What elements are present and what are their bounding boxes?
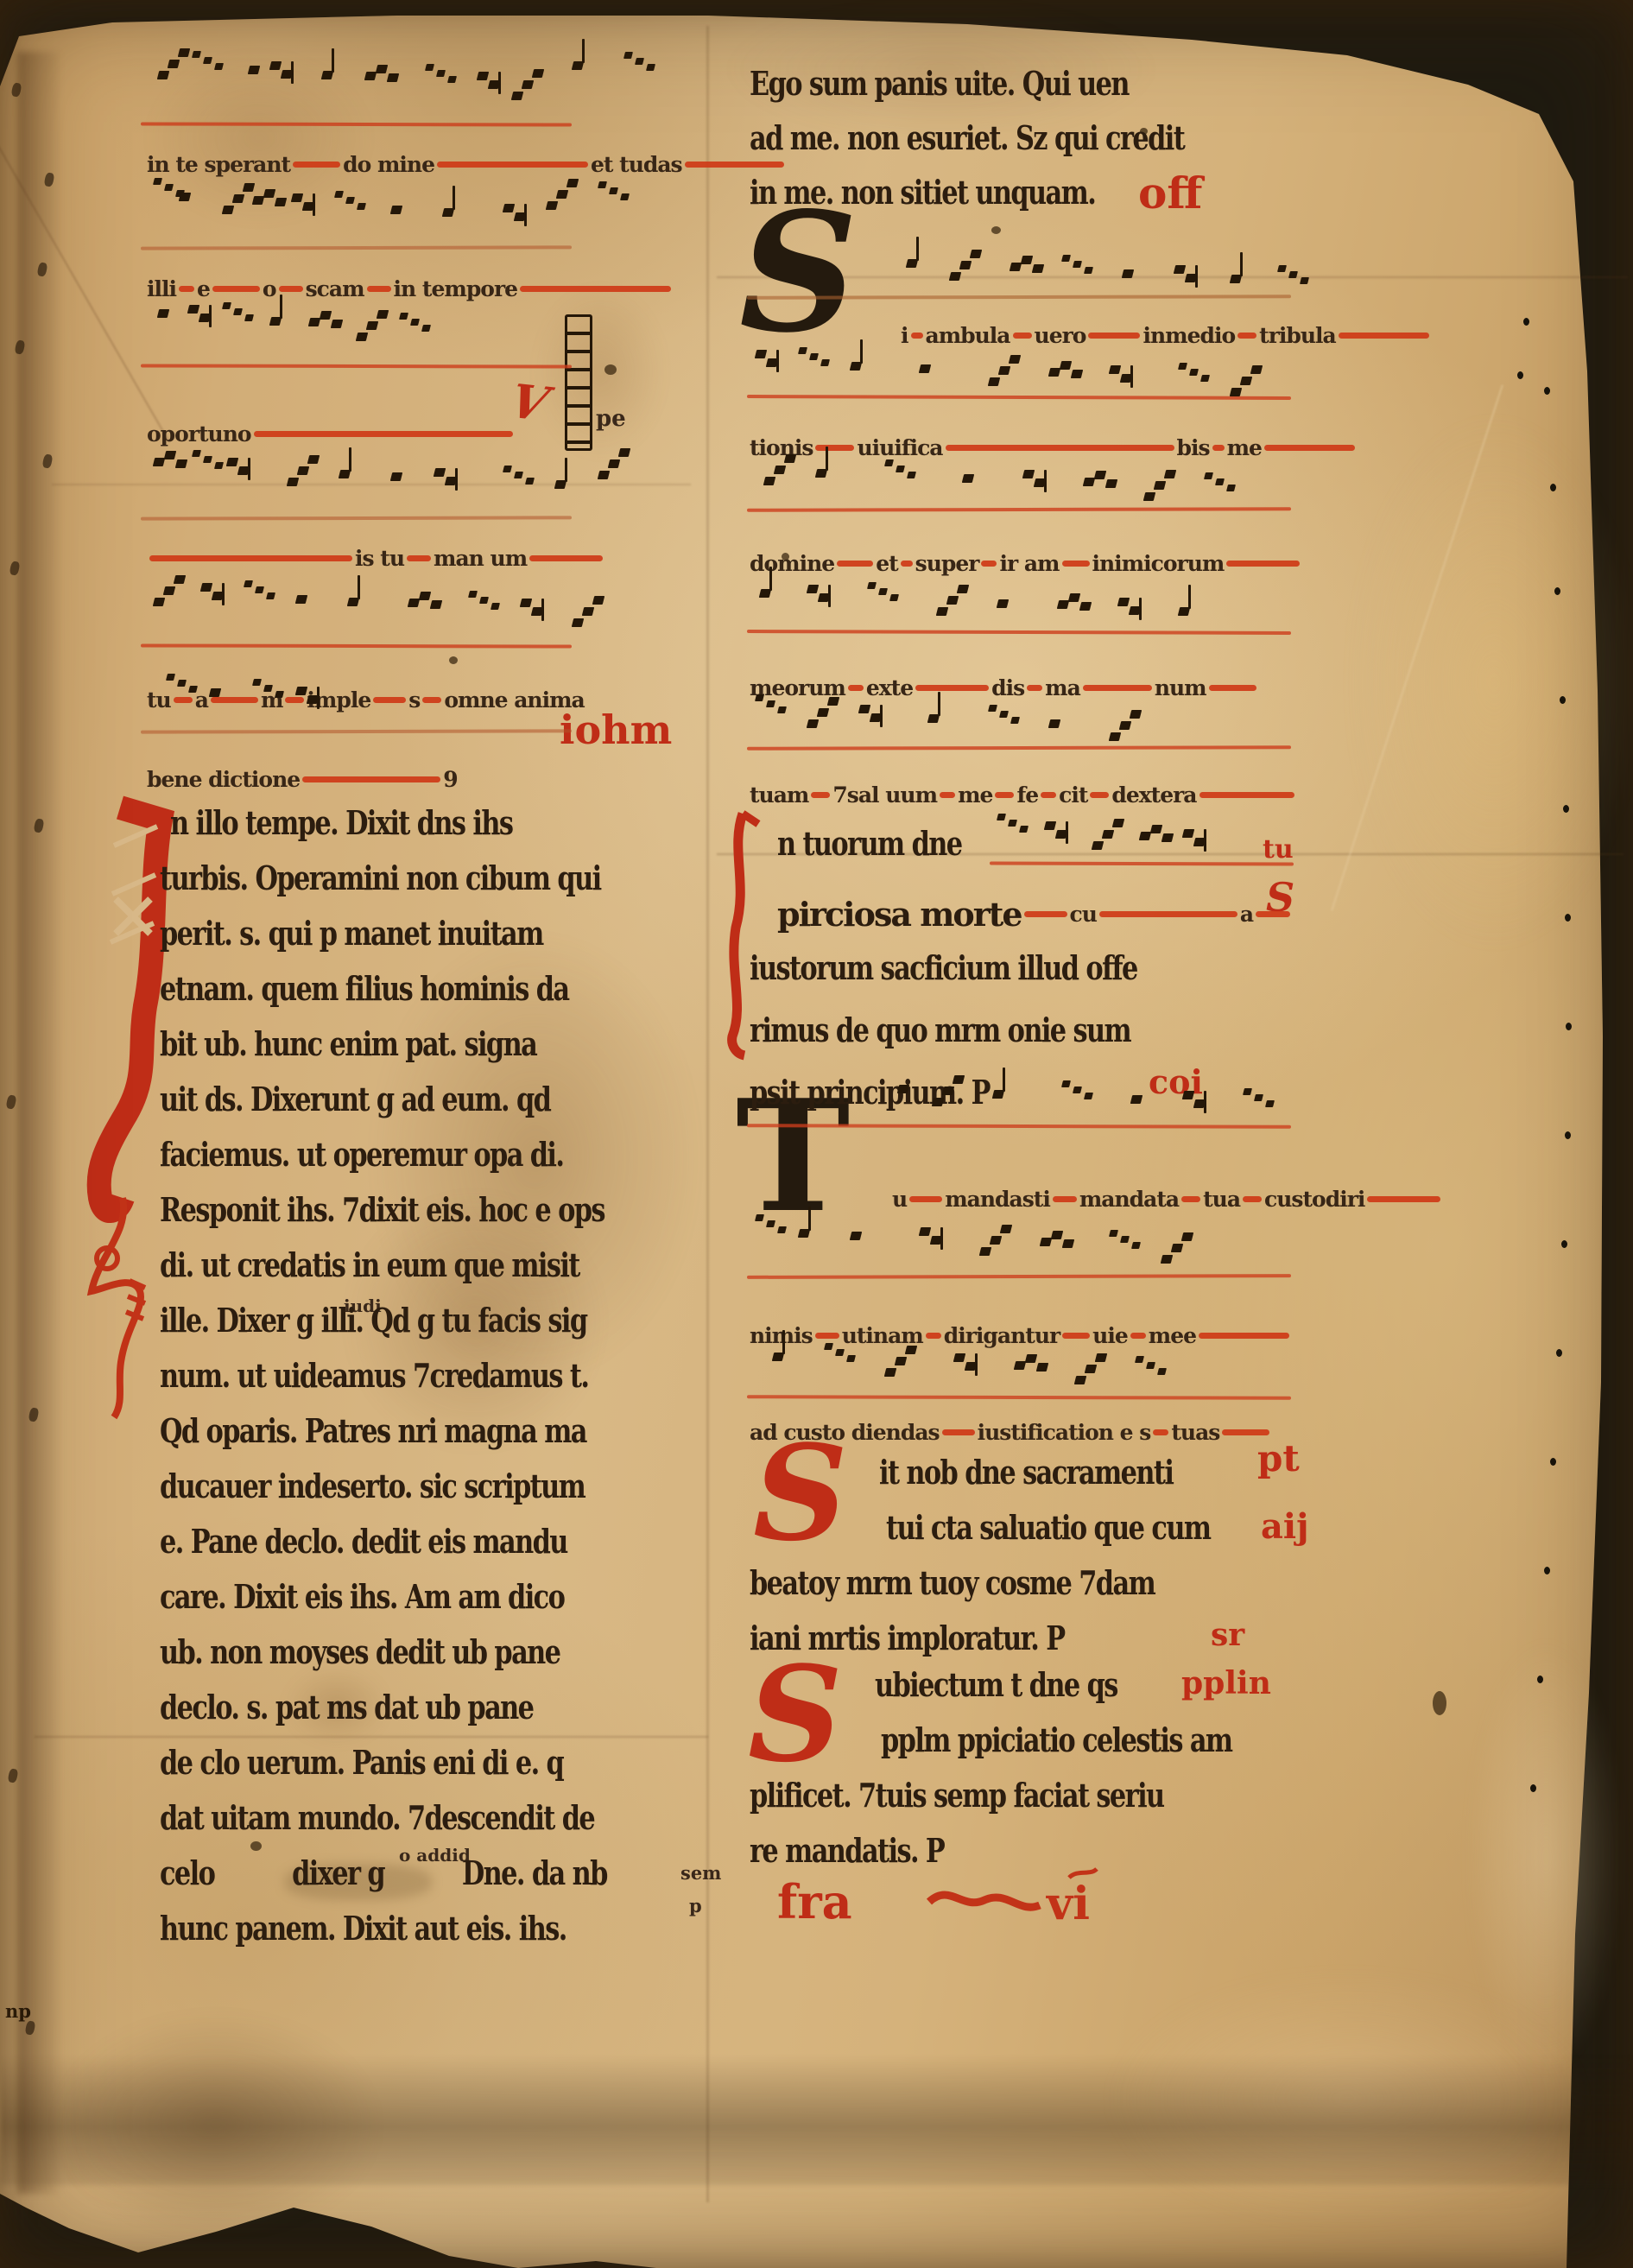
neume-cluster — [799, 1217, 833, 1251]
ink-spot — [250, 1841, 262, 1851]
neume-note — [988, 705, 997, 712]
pricking-hole — [1537, 1676, 1543, 1683]
neume-stem — [349, 447, 351, 472]
gospel-line: de clo uerum. Panis eni di e. q — [160, 1743, 563, 1782]
neume-stem — [828, 585, 831, 607]
neume-note — [919, 364, 931, 373]
red-extender-line — [815, 1333, 839, 1339]
neume-cluster — [1023, 465, 1058, 499]
neume-cluster — [357, 310, 391, 345]
neume-note — [1200, 375, 1210, 382]
neume-note — [1117, 598, 1130, 606]
neume-cluster — [1110, 710, 1144, 744]
neume-stem — [1139, 598, 1142, 620]
neume-cluster — [885, 1346, 920, 1380]
neume-note — [1182, 1091, 1194, 1099]
neume-cluster — [426, 64, 460, 98]
neume-note — [936, 607, 948, 616]
neume-stem — [826, 447, 828, 471]
pricking-hole — [1550, 1458, 1556, 1466]
red-extender-line — [915, 685, 989, 691]
neume-note — [1130, 1095, 1142, 1104]
gospel-line: ducauer indeserto. sic scriptum — [160, 1467, 585, 1505]
fold-shadow — [0, 2056, 1633, 2185]
ink-spot — [604, 364, 617, 375]
neume-note — [897, 1085, 909, 1093]
neume-cluster — [598, 181, 633, 216]
neume-note — [164, 184, 174, 191]
neume-note — [331, 320, 343, 328]
neume-note — [164, 451, 176, 459]
neume-note — [990, 1236, 1002, 1245]
neume-stem — [860, 339, 863, 364]
neume-note — [357, 203, 366, 210]
neume-note — [1009, 355, 1021, 364]
neume-note — [1073, 1086, 1082, 1093]
neume-note — [1071, 370, 1083, 378]
neume-cluster — [851, 1220, 885, 1254]
postcommunion-line: beatoy mrm tuoy cosme 7dam — [750, 1563, 1155, 1602]
neume-note — [1215, 478, 1225, 485]
lyric-token: me — [1227, 435, 1262, 460]
neume-note — [1250, 365, 1263, 374]
pricking-hole — [1554, 587, 1560, 595]
red-extender-line — [1053, 1196, 1077, 1202]
neume-note — [222, 206, 234, 214]
neume-note — [777, 706, 787, 713]
neume-note — [153, 598, 165, 606]
neume-cluster — [807, 580, 842, 614]
neume-cluster — [950, 250, 984, 284]
lyric-token: dextera — [1111, 782, 1196, 808]
lyric-token: cu — [1070, 902, 1097, 927]
chant-lyric-line: in te sperantdo mineet tudas — [147, 149, 787, 179]
neume-note — [468, 591, 478, 598]
neume-note — [187, 305, 199, 314]
neume-note — [979, 1247, 991, 1256]
neume-stem — [209, 305, 212, 327]
neume-note — [809, 353, 819, 360]
neume-stem — [317, 687, 320, 709]
pricking-hole — [1565, 1131, 1571, 1139]
neume-note — [1243, 1088, 1252, 1095]
neume-note — [1204, 472, 1213, 479]
neume-cluster — [764, 454, 799, 489]
neume-cluster — [348, 586, 383, 620]
ladder-ornament — [565, 314, 592, 451]
neume-stem — [455, 468, 458, 491]
initial-postcommunion-s: S — [753, 1442, 848, 1545]
neume-note — [436, 70, 446, 77]
lyric-token: uiuifica — [857, 435, 942, 460]
margin-rubric-aij: aij — [1261, 1506, 1309, 1547]
neume-stem — [808, 1207, 811, 1231]
neume-note — [263, 685, 273, 692]
neume-note — [1109, 732, 1121, 741]
neume-note — [226, 458, 238, 466]
pricking-hole — [1523, 318, 1529, 326]
neume-stem — [582, 39, 585, 63]
red-extender-line — [911, 333, 923, 339]
label-pe: pe — [596, 406, 626, 432]
pricking-hole — [1563, 805, 1569, 813]
pricking-hole — [1560, 696, 1566, 704]
neume-note — [807, 585, 819, 593]
margin-note-sem: sem — [680, 1862, 721, 1884]
red-extender-line — [1222, 1429, 1269, 1435]
neume-note — [1130, 710, 1142, 719]
neume-note — [345, 197, 355, 204]
neume-note — [953, 1353, 965, 1362]
neume-cluster — [989, 355, 1023, 390]
lyric-token: mee — [1149, 1323, 1196, 1348]
neume-cluster — [1136, 1356, 1170, 1391]
neume-note — [546, 201, 558, 210]
neume-note — [430, 600, 442, 609]
neume-cluster — [521, 593, 555, 628]
neume-note — [203, 57, 212, 64]
neume-note — [1143, 492, 1155, 501]
red-extender-line — [1062, 1333, 1090, 1339]
chant-lyric-line: ad custo diendasiustification e stuas — [750, 1417, 1272, 1447]
neume-stem — [880, 705, 883, 727]
neume-note — [1074, 1376, 1086, 1384]
neume-note — [1300, 277, 1309, 284]
neume-note — [1105, 479, 1117, 488]
gospel-line: ille. Dixer g illi. Qd g tu facis sig — [160, 1301, 586, 1340]
neume-note — [582, 607, 594, 616]
neume-stem — [776, 350, 779, 372]
stain — [535, 285, 665, 458]
red-extender-line — [1083, 685, 1152, 691]
gospel-line: ub. non moyses dedit ub pane — [160, 1632, 560, 1671]
neume-note — [320, 311, 332, 320]
gospel-line: Qd oparis. Patres nri magna ma — [160, 1411, 586, 1450]
neume-note — [763, 477, 775, 485]
neume-note — [390, 206, 402, 214]
neume-note — [755, 1214, 764, 1221]
superpopulum-line: pplm ppiciatio celestis am — [881, 1720, 1232, 1759]
lyric-token: dirigantur — [944, 1323, 1060, 1348]
neume-note — [287, 478, 299, 486]
neume-note — [997, 814, 1006, 820]
gospel-line: celo dixer g Dne. da nb — [160, 1853, 607, 1892]
neume-note — [1157, 1368, 1167, 1375]
neume-note — [962, 474, 974, 483]
red-extender-line — [909, 1196, 942, 1202]
lyric-token: in tempore — [394, 276, 518, 301]
neume-note — [997, 599, 1009, 608]
red-extender-line — [1027, 685, 1042, 691]
lyric-token: ir am — [999, 551, 1059, 576]
pricking-hole — [1556, 1349, 1562, 1357]
neume-cluster — [825, 1343, 859, 1378]
chant-lyric-line: iambulaueroinmediotribula — [901, 320, 1432, 350]
neume-cluster — [997, 587, 1032, 622]
lyric-token: bene dictione — [147, 767, 300, 792]
neume-note — [1051, 1231, 1063, 1239]
gospel-line: Responit ihs. 7dixit eis. hoc e ops — [160, 1190, 604, 1229]
superpopulum-line: re mandatis. P — [750, 1831, 944, 1870]
neume-note — [244, 580, 253, 587]
neume-note — [1085, 1365, 1097, 1373]
lyric-token: tuas — [1171, 1420, 1219, 1445]
neume-note — [166, 674, 175, 681]
neume-cluster — [868, 582, 902, 617]
red-extender-line — [1199, 792, 1294, 798]
neume-note — [598, 471, 610, 479]
neume-cluster — [1123, 257, 1157, 292]
ink-spot — [449, 656, 458, 664]
neume-note — [755, 694, 764, 701]
neume-note — [1060, 361, 1072, 370]
neume-cluster — [1179, 595, 1213, 630]
neume-cluster — [434, 463, 469, 497]
red-extender-line — [685, 162, 784, 168]
neume-note — [252, 679, 262, 686]
neume-note — [592, 596, 604, 605]
neume-note — [399, 313, 408, 320]
lyric-token: oportuno — [147, 421, 251, 447]
lyric-token: tua — [1203, 1187, 1240, 1212]
neume-cluster — [1049, 707, 1084, 742]
neume-cluster — [1144, 470, 1179, 504]
neume-cluster — [158, 297, 193, 332]
neume-note — [774, 466, 786, 474]
neume-note — [1230, 388, 1242, 396]
neume-stem — [1240, 252, 1243, 276]
neume-cluster — [933, 1075, 967, 1110]
initial-communion-t: T — [736, 1097, 850, 1217]
gospel-line: num. ut uideamus 7credamus t. — [160, 1356, 588, 1395]
stain — [1468, 1641, 1624, 2073]
neume-stem — [453, 186, 455, 210]
neume-cluster — [1140, 821, 1174, 856]
binding-gutter-shadow — [17, 52, 59, 2194]
neume-note — [366, 321, 378, 330]
neume-note — [817, 708, 829, 717]
neume-note — [1119, 721, 1131, 730]
pricking-hole — [1550, 484, 1556, 491]
lyric-token: 9 — [443, 767, 457, 792]
neume-note — [477, 72, 489, 80]
neume-note — [959, 261, 972, 269]
neume-cluster — [158, 48, 193, 83]
pricking-hole — [1517, 371, 1523, 379]
chant-lyric-line: domineetsuperir aminimicorum — [750, 548, 1302, 578]
neume-note — [572, 618, 584, 627]
neume-note — [824, 1343, 833, 1350]
chant-lyric-line: illieoscamin tempore — [147, 274, 674, 303]
neume-cluster — [1062, 255, 1097, 289]
red-extender-line — [942, 1429, 975, 1435]
neume-note — [503, 466, 512, 472]
gospel-line: etnam. quem filius hominis da — [160, 969, 568, 1008]
neume-note — [1109, 1230, 1118, 1237]
lyric-token: mandata — [1079, 1187, 1179, 1212]
neume-note — [1135, 1356, 1144, 1363]
lyric-token: iustification e s — [978, 1420, 1151, 1445]
secret-line: n tuorum dne — [777, 824, 961, 863]
neume-note — [214, 462, 224, 469]
neume-cluster — [400, 313, 434, 347]
neume-note — [1181, 1232, 1193, 1241]
chant-lyric-line: umandastimandatatuacustodiri — [892, 1184, 1443, 1213]
neume-cluster — [1231, 365, 1265, 400]
neume-note — [1171, 1244, 1183, 1252]
neume-note — [867, 582, 877, 589]
neume-note — [520, 599, 532, 607]
neume-stem — [1195, 265, 1198, 288]
neume-note — [522, 80, 534, 89]
neume-cluster — [624, 52, 659, 86]
neume-note — [179, 193, 191, 201]
red-extender-line — [837, 561, 873, 567]
neume-cluster — [799, 347, 833, 382]
lyric-token: man um — [434, 546, 527, 571]
neume-cluster — [193, 51, 227, 86]
neume-note — [209, 688, 221, 697]
gospel-cont-line: Ego sum panis uite. Qui uen — [750, 64, 1129, 103]
neume-note — [491, 603, 500, 610]
neume-note — [957, 585, 969, 593]
pricking-hole — [1544, 387, 1550, 395]
neume-note — [905, 1346, 917, 1354]
neume-cluster — [227, 453, 262, 487]
rubric-vi-text: vi — [1046, 1878, 1090, 1930]
neume-cluster — [1179, 363, 1213, 397]
neume-cluster — [478, 67, 512, 101]
neume-note — [1174, 265, 1186, 274]
initial-superpopulum-s: S — [748, 1663, 843, 1766]
neume-cluster — [928, 702, 963, 737]
neume-note — [999, 711, 1009, 718]
neume-note — [419, 592, 431, 600]
neume-note — [525, 478, 535, 485]
neume-note — [376, 65, 388, 73]
neume-note — [919, 1227, 931, 1236]
postcommunion-line: iani mrtis imploratur. P — [750, 1619, 1064, 1657]
neume-note — [291, 193, 303, 202]
neume-cluster — [989, 705, 1023, 739]
neume-stem — [248, 458, 250, 480]
neume-stem — [1003, 1067, 1005, 1092]
ink-spot — [991, 226, 1001, 234]
neume-cluster — [1010, 252, 1045, 287]
red-extender-line — [811, 792, 830, 798]
lyric-token: super — [915, 551, 979, 576]
neume-note — [1062, 1239, 1074, 1248]
neume-note — [878, 588, 888, 595]
pricking-hole — [1530, 1784, 1536, 1792]
neume-note — [1182, 829, 1194, 838]
neume-cluster — [335, 191, 370, 225]
lyric-token: bis — [1177, 435, 1210, 460]
neume-cluster — [244, 580, 279, 615]
neume-note — [766, 700, 775, 707]
neume-note — [988, 377, 1000, 386]
neume-note — [777, 1226, 787, 1233]
neume-note — [1022, 470, 1035, 478]
neume-cluster — [270, 305, 305, 339]
neume-cluster — [443, 196, 478, 231]
neume-note — [232, 194, 244, 203]
neume-cluster — [1045, 816, 1079, 851]
neume-note — [295, 687, 307, 695]
lyric-token: fe — [1016, 782, 1038, 808]
chant-lyric-line: tuam7sal uummefecitdextera — [750, 780, 1297, 809]
neume-note — [200, 583, 212, 592]
red-extender-line — [1130, 1333, 1146, 1339]
lyric-token: dis — [991, 675, 1024, 700]
neume-note — [275, 198, 287, 206]
neume-note — [953, 1075, 965, 1084]
neume-note — [609, 187, 618, 194]
neume-note — [1150, 825, 1162, 833]
neume-cluster — [1183, 1086, 1218, 1120]
lyric-token: exte — [866, 675, 913, 700]
neume-note — [1226, 485, 1236, 491]
neume-note — [1008, 820, 1017, 827]
neume-stem — [280, 295, 282, 319]
neume-note — [896, 466, 905, 472]
pricking-hole — [1561, 1240, 1567, 1248]
neume-note — [307, 455, 320, 464]
neume-note — [1079, 602, 1092, 611]
neume-note — [1094, 471, 1106, 479]
lyric-token: ma — [1045, 675, 1080, 700]
neume-note — [175, 459, 187, 468]
neume-cluster — [773, 1340, 807, 1375]
neume-note — [556, 190, 568, 199]
neume-stem — [938, 692, 940, 716]
neume-note — [1109, 365, 1121, 374]
neume-note — [255, 586, 264, 593]
neume-note — [479, 597, 489, 604]
lyric-token: scam — [306, 276, 364, 301]
neume-cluster — [920, 1222, 954, 1257]
red-extender-line — [407, 555, 431, 561]
neume-cluster — [756, 1214, 790, 1249]
neume-cluster — [598, 448, 633, 483]
red-extender-line — [1212, 445, 1225, 451]
red-extender-line — [1088, 333, 1140, 339]
neume-cluster — [573, 49, 607, 84]
lyric-token: ambula — [926, 323, 1010, 348]
neume-cluster — [1015, 1351, 1049, 1385]
neume-cluster — [180, 181, 214, 215]
red-extender-line — [1226, 561, 1300, 567]
pricking-hole — [1544, 1567, 1550, 1574]
neume-stem — [565, 458, 567, 482]
neume-cluster — [1183, 824, 1218, 858]
lyric-token: ad custo diendas — [750, 1420, 940, 1445]
lyric-token: omne anima — [444, 687, 584, 713]
neume-cluster — [756, 694, 790, 729]
neume-note — [275, 691, 284, 698]
neume-note — [827, 697, 839, 706]
neume-note — [1048, 719, 1060, 728]
neume-cluster — [1110, 360, 1144, 395]
lyric-token: tuam — [750, 782, 808, 808]
lyric-token: domine — [750, 551, 834, 576]
lyric-token: 7sal uum — [832, 782, 937, 808]
red-extender-line — [422, 697, 441, 703]
neume-note — [807, 719, 819, 728]
red-extender-line — [1367, 1196, 1440, 1202]
neume-cluster — [503, 466, 538, 500]
red-extender-line — [1099, 911, 1237, 917]
